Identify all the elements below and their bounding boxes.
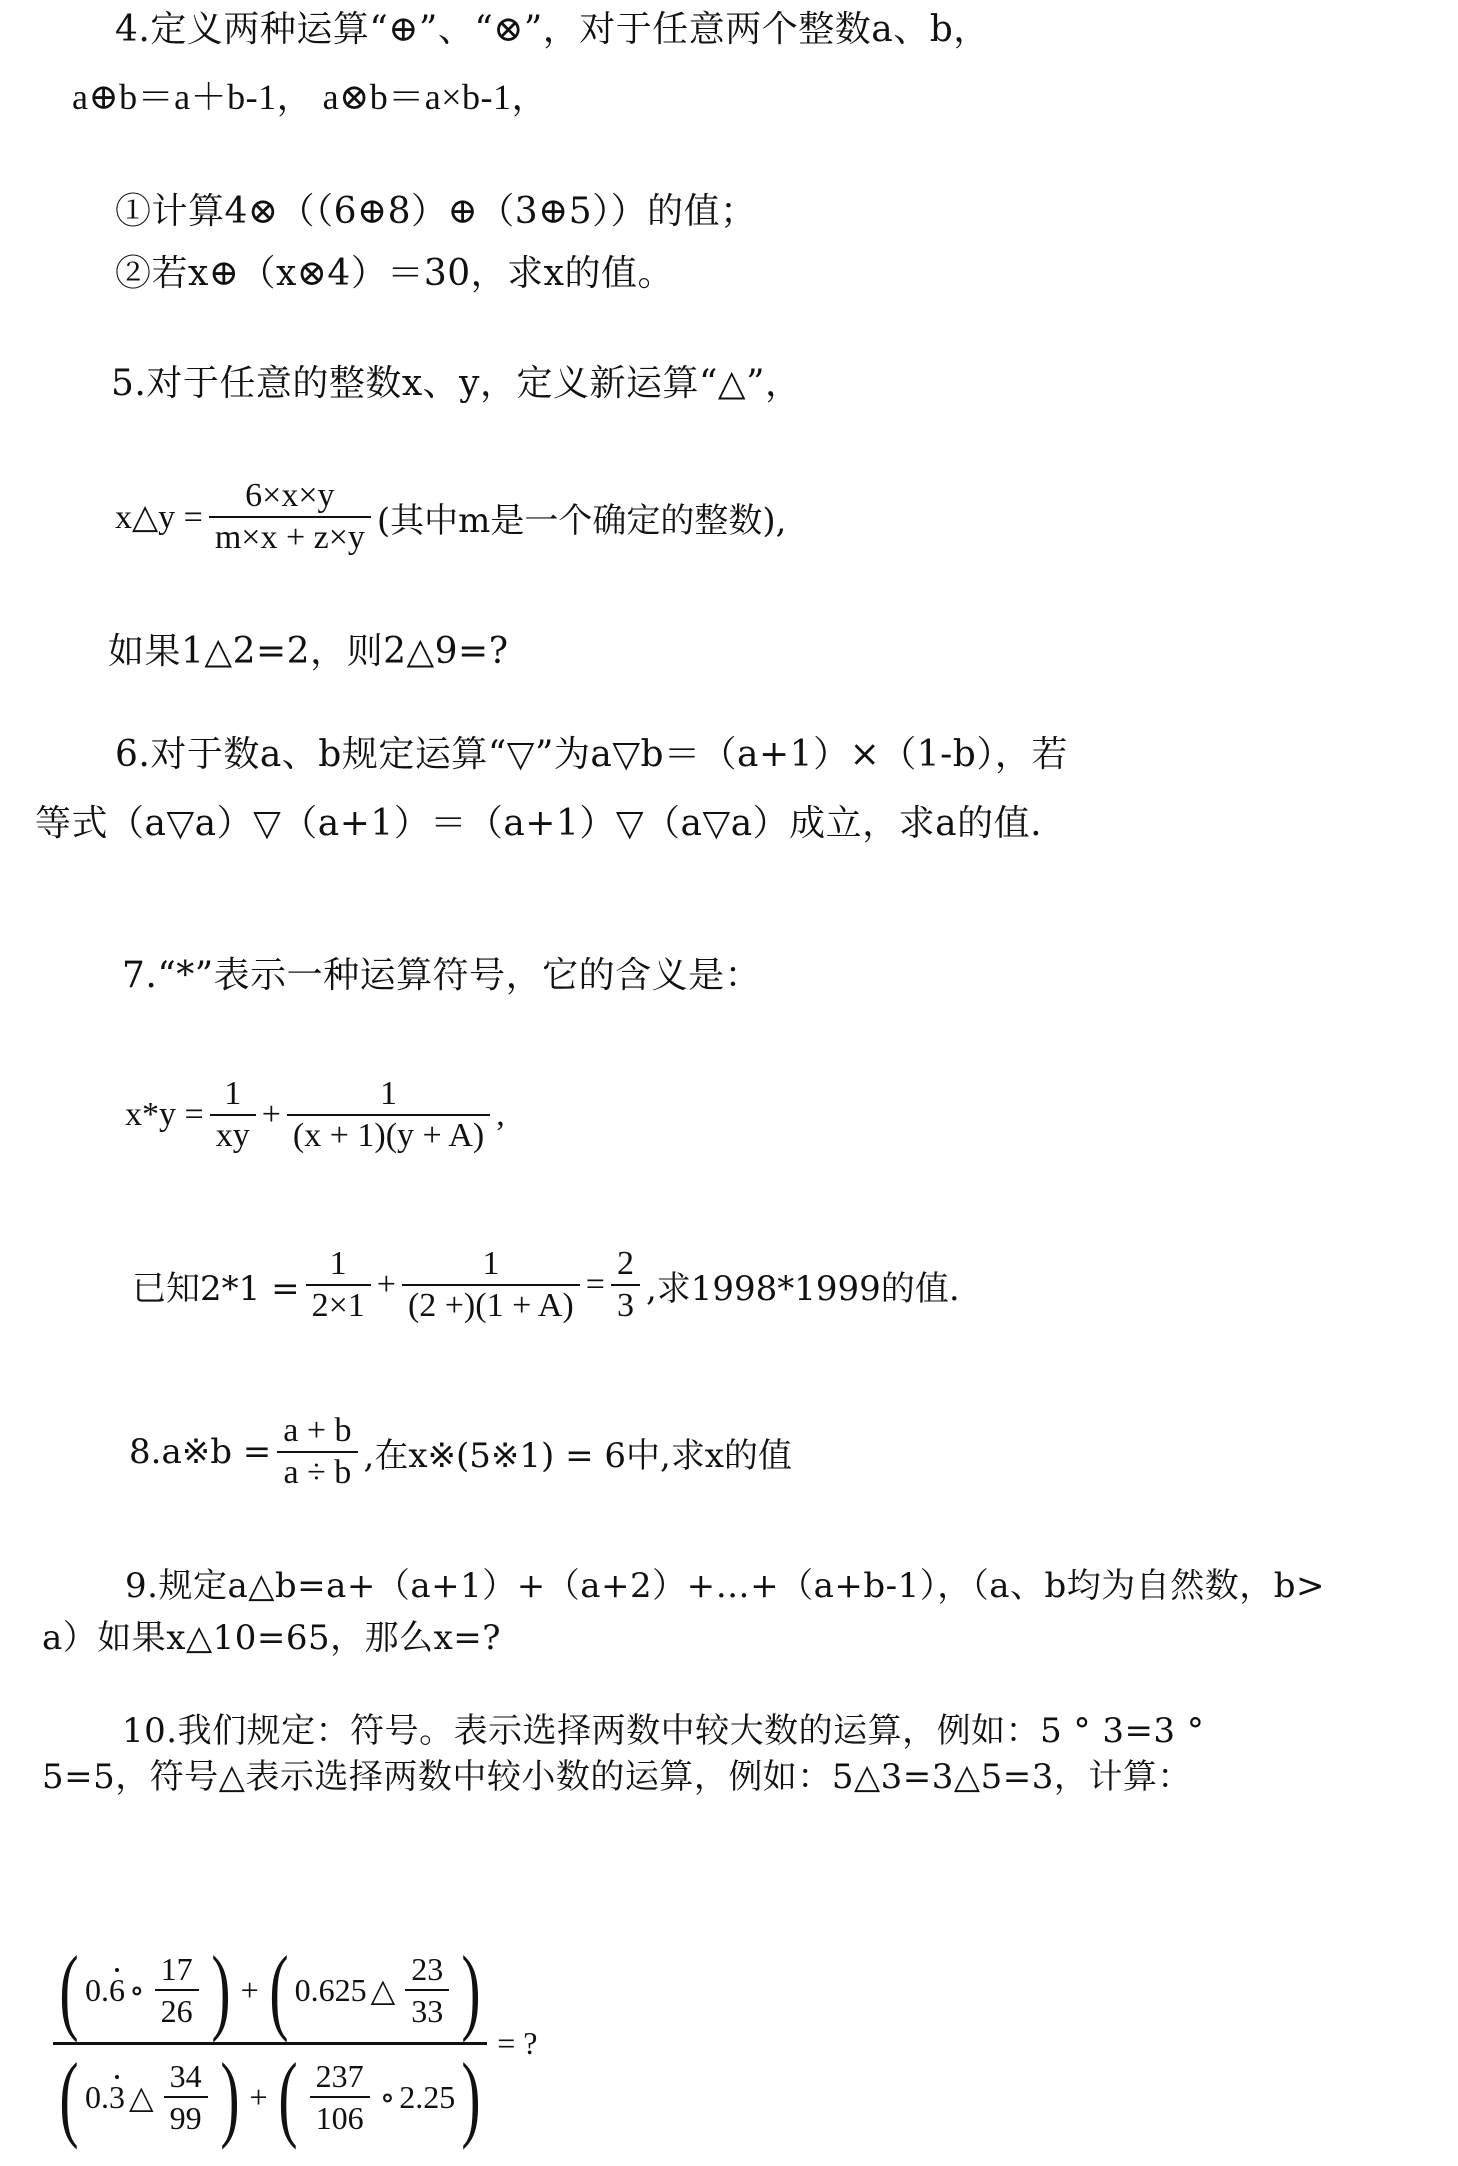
plus-sign: +	[377, 1266, 396, 1304]
group-bottom-right: ( 237 106 ∘ 2.25 )	[272, 2049, 488, 2145]
numerator: a + b	[277, 1411, 357, 1451]
plus-sign: +	[241, 1972, 259, 2009]
fraction: 237 106	[310, 2056, 370, 2138]
fraction: 23 33	[405, 1949, 449, 2031]
numerator: 1	[476, 1244, 505, 1284]
denominator: xy	[210, 1116, 256, 1156]
numerator: 6×x×y	[239, 476, 340, 516]
min-operator: △	[371, 1971, 396, 2009]
problem-10-line-2: 5=5，符号△表示选择两数中较小数的运算，例如：5△3=3△5=3，计算：	[42, 1755, 1192, 1799]
problem-10-expression: ( 0.6 0.6 ∘ 17 26 ) + ( 0.625 △ 23	[53, 1938, 537, 2149]
problem-7-title: 7.“*”表示一种运算符号，它的含义是：	[122, 954, 761, 998]
problem-4-question-1: ①计算4⊗（（6⊕8）⊕（3⊕5））的值；	[115, 190, 757, 234]
denominator: m×x + z×y	[209, 518, 371, 558]
numerator: 17	[155, 1949, 199, 1989]
problem-6-line-1: 6.对于数a、b规定运算“▽”为a▽b＝（a+1）×（1-b），若	[115, 733, 1068, 777]
denominator: a ÷ b	[278, 1453, 358, 1493]
decimal: 0.6	[85, 1972, 125, 2009]
problem-8-tail: ,在x※(5※1) = 6中,求x的值	[364, 1428, 792, 1477]
denominator: 26	[155, 1991, 199, 2031]
group-top-right: ( 0.625 △ 23 33 )	[263, 1942, 488, 2038]
fraction-2: 1 (2 +)(1 + A)	[402, 1244, 580, 1326]
numerator: 23	[405, 1949, 449, 1989]
max-operator: ∘	[380, 2078, 396, 2116]
formula-note: (其中m是一个确定的整数),	[377, 493, 787, 542]
fraction-2: 1 (x + 1)(y + A)	[287, 1074, 490, 1156]
fraction: 34 99	[164, 2056, 208, 2138]
problem-9-line-1: 9.规定a△b=a+（a+1）+（a+2）+…+（a+b-1），（a、b均为自然…	[125, 1564, 1325, 1608]
problem-10-line-1: 10.我们规定：符号。表示选择两数中较大数的运算，例如：5 ° 3=3 °	[122, 1709, 1204, 1753]
decimal: 0.3	[85, 2079, 125, 2116]
problem-5-title: 5.对于任意的整数x、y，定义新运算“△”，	[111, 362, 801, 406]
plus-sign: +	[262, 1096, 281, 1134]
denominator-row: ( 0.3 0.3 △ 34 99 ) + ( 237 106 ∘	[53, 2045, 487, 2149]
problem-7-definition: x*y = 1 xy + 1 (x + 1)(y + A) ,	[125, 1068, 505, 1162]
formula-lhs: x△y =	[115, 497, 203, 537]
fraction: 6×x×y m×x + z×y	[209, 476, 371, 558]
numerator: 1	[324, 1244, 353, 1284]
group-top-left: ( 0.6 0.6 ∘ 17 26 )	[53, 1942, 237, 2038]
problem-4-definition: a⊕b＝a＋b-1， a⊗b＝a×b-1，	[72, 75, 548, 119]
group-bottom-left: ( 0.3 0.3 △ 34 99 )	[53, 2049, 246, 2145]
repeating-digit: 6	[109, 1972, 125, 2009]
numerator: 237	[310, 2056, 370, 2096]
denominator: (2 +)(1 + A)	[402, 1286, 580, 1326]
plus-sign: +	[250, 2079, 268, 2116]
numerator: 34	[164, 2056, 208, 2096]
max-operator: ∘	[129, 1971, 145, 2009]
fraction: 17 26	[155, 1949, 199, 2031]
problem-4-question-2: ②若x⊕（x⊗4）＝30，求x的值。	[115, 252, 674, 296]
problem-4-title: 4.定义两种运算“⊕”、“⊗”，对于任意两个整数a、b，	[115, 8, 990, 52]
problem-7-given: 已知2*1 = 1 2×1 + 1 (2 +)(1 + A) = 2 3 ,求1…	[132, 1238, 960, 1332]
denominator: (x + 1)(y + A)	[287, 1116, 490, 1156]
problem-6-line-2: 等式（a▽a）▽（a+1）＝（a+1）▽（a▽a）成立，求a的值.	[35, 802, 1042, 846]
decimal: 2.25	[399, 2079, 455, 2116]
denominator: 3	[611, 1286, 640, 1326]
numerator-row: ( 0.6 0.6 ∘ 17 26 ) + ( 0.625 △ 23	[53, 1938, 487, 2042]
fraction: a + b a ÷ b	[277, 1411, 357, 1493]
fraction-1: 1 xy	[210, 1074, 256, 1156]
numerator: 1	[218, 1074, 247, 1114]
repeating-digit: 3	[109, 2079, 125, 2116]
formula-lhs: x*y =	[125, 1096, 204, 1134]
given-tail: ,求1998*1999的值.	[646, 1261, 960, 1310]
min-operator: △	[129, 2078, 154, 2116]
denominator: 2×1	[306, 1286, 371, 1326]
numerator: 1	[374, 1074, 403, 1114]
equals-sign: =	[586, 1266, 605, 1304]
problem-8: 8.a※b = a + b a ÷ b ,在x※(5※1) = 6中,求x的值	[129, 1405, 792, 1499]
denominator: 33	[405, 1991, 449, 2031]
result-equals-question: = ?	[497, 2025, 537, 2062]
denominator: 106	[310, 2098, 370, 2138]
comma: ,	[496, 1096, 505, 1134]
denominator: 99	[164, 2098, 208, 2138]
decimal: 0.625	[295, 1972, 367, 2009]
problem-9-line-2: a）如果x△10=65，那么x=?	[42, 1616, 501, 1660]
problem-5-question: 如果1△2=2，则2△9=?	[108, 630, 509, 674]
numerator: 2	[611, 1244, 640, 1284]
fraction-1: 1 2×1	[306, 1244, 371, 1326]
problem-5-formula: x△y = 6×x×y m×x + z×y (其中m是一个确定的整数),	[115, 470, 786, 564]
given-prefix: 已知2*1 =	[132, 1261, 300, 1310]
complex-fraction: ( 0.6 0.6 ∘ 17 26 ) + ( 0.625 △ 23	[53, 1938, 487, 2149]
problem-8-prefix: 8.a※b =	[129, 1432, 271, 1472]
fraction-result: 2 3	[611, 1244, 640, 1326]
